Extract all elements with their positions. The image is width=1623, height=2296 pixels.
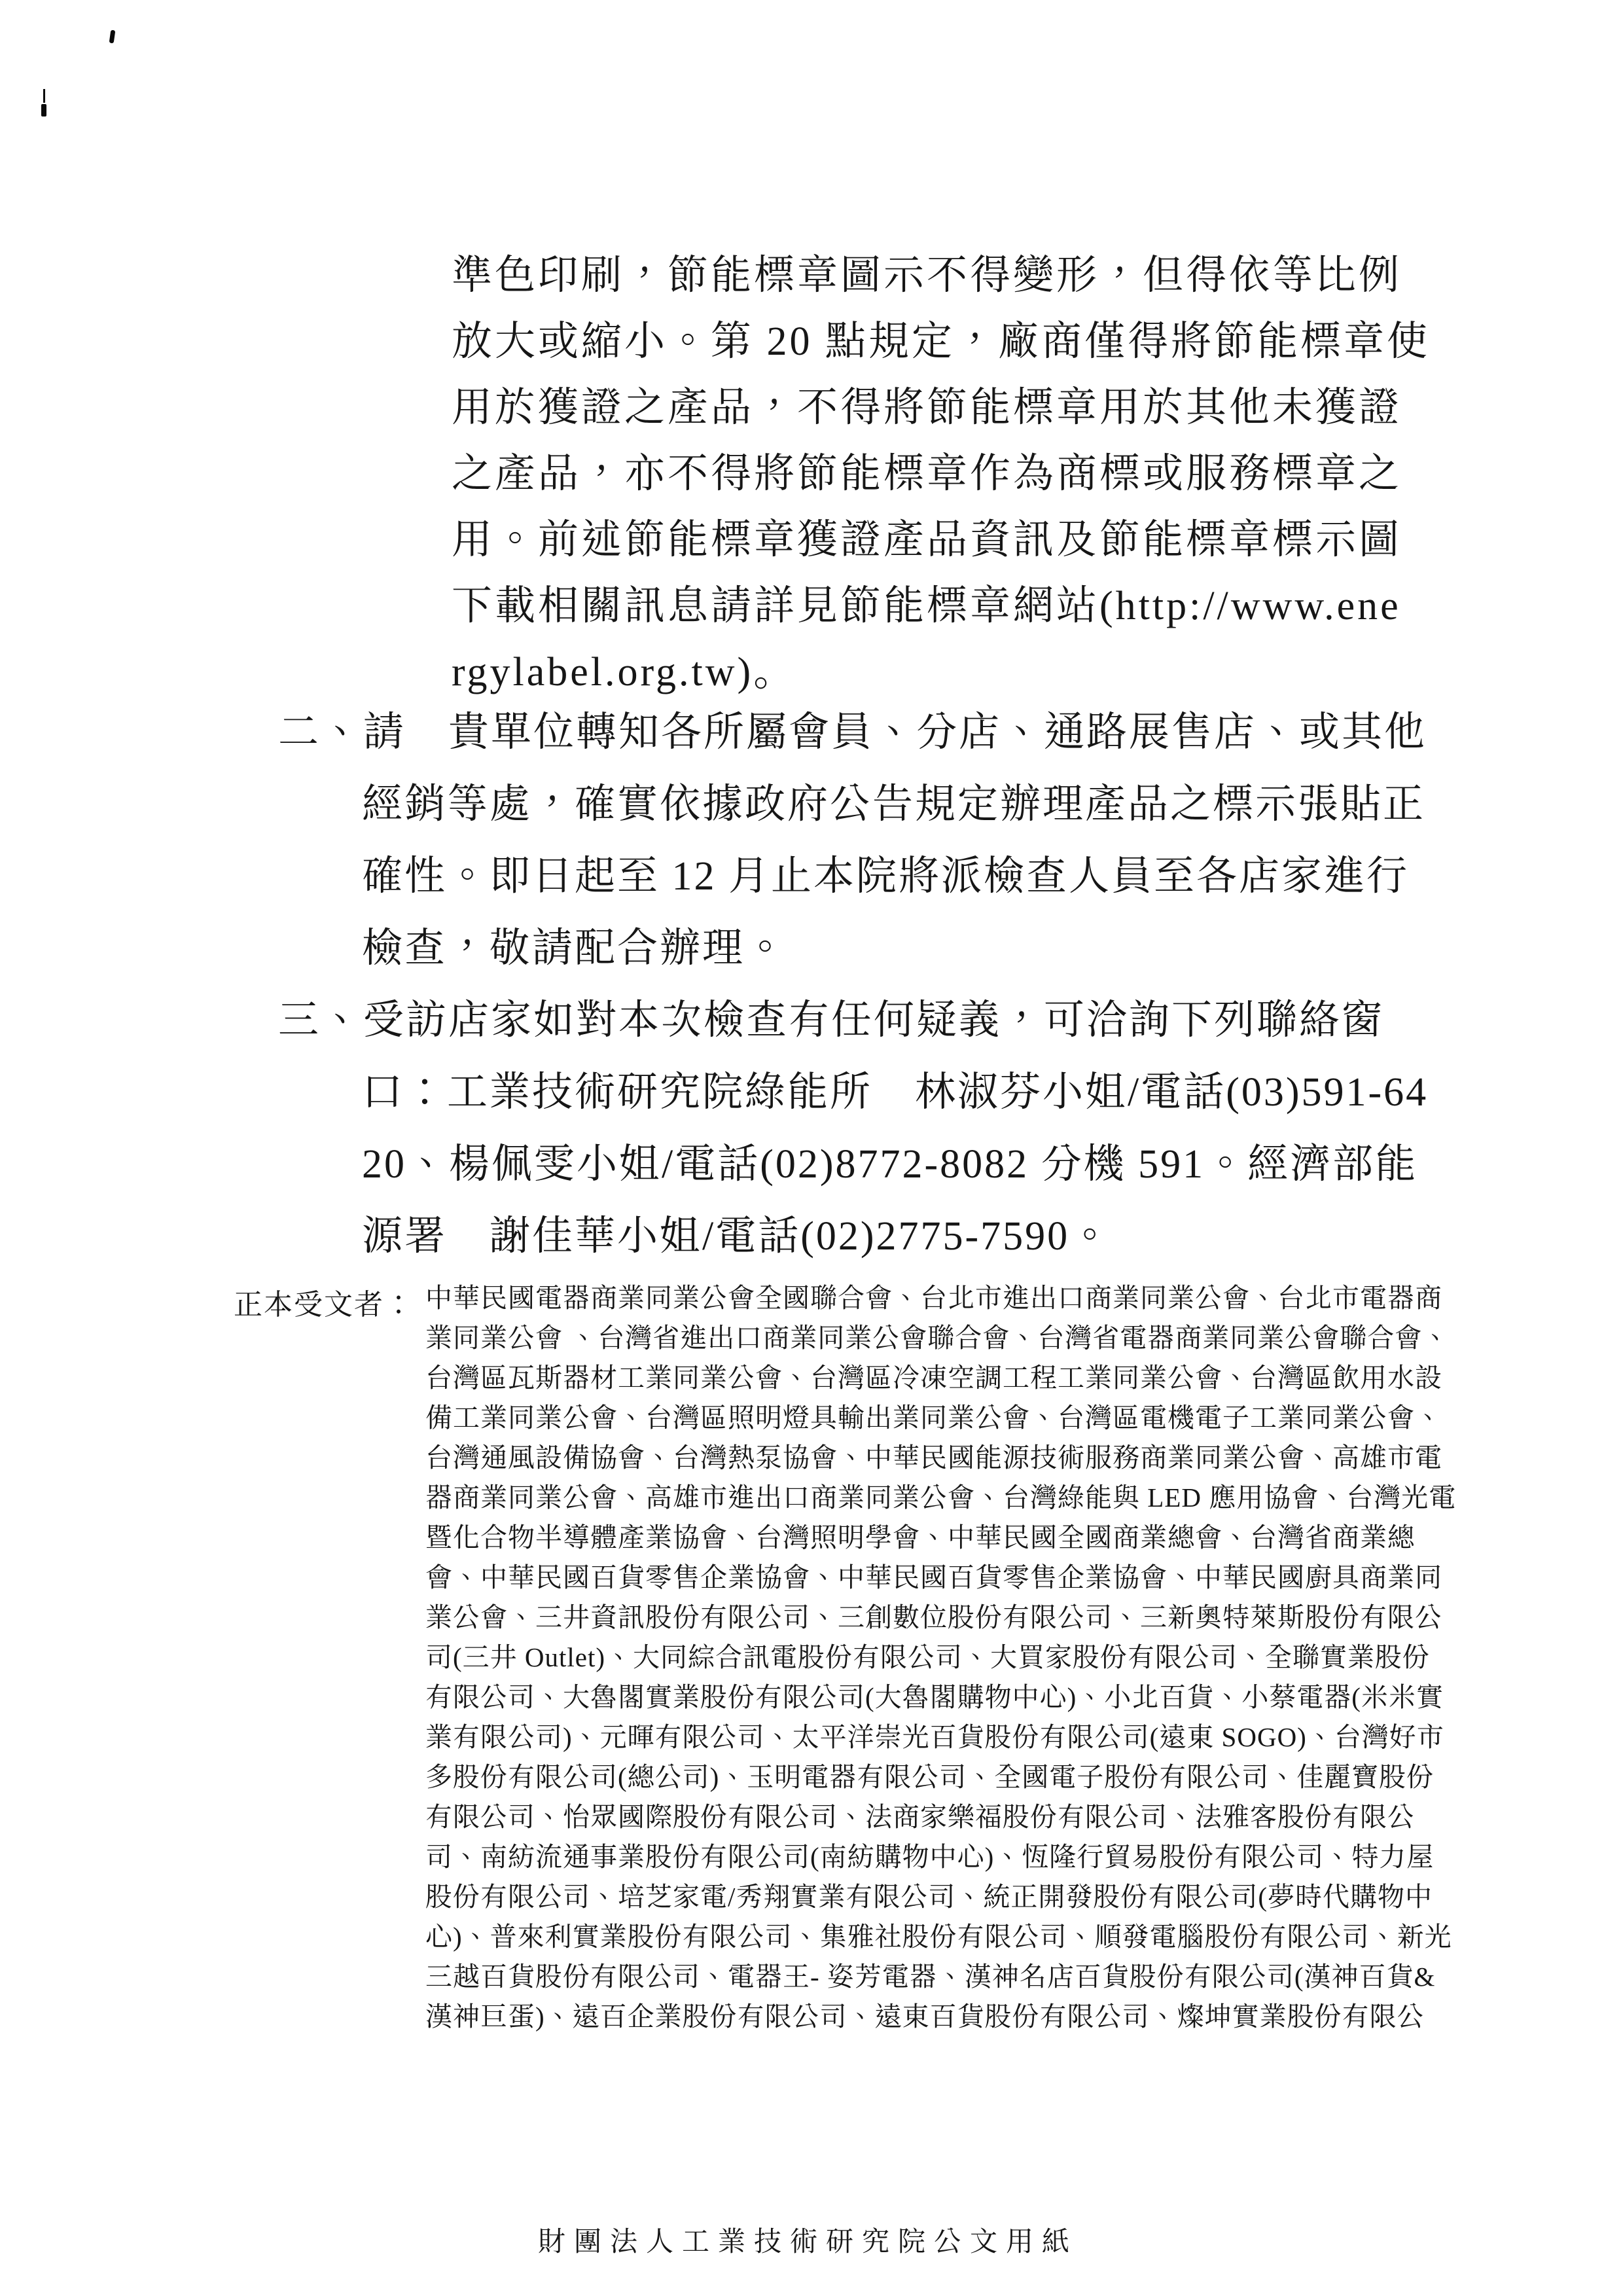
recipient-line: 心)、普來利實業股份有限公司、集雅社股份有限公司、順發電腦股份有限公司、新光 <box>425 1917 1456 1957</box>
recipient-line: 業同業公會 、台灣省進出口商業同業公會聯合會、台灣省電器商業同業公會聯合會、 <box>425 1318 1456 1358</box>
recipients-label: 正本受文者： <box>234 1281 414 1323</box>
scan-artifact-mark <box>41 104 46 117</box>
item3-line: 三、受訪店家如對本次檢查有任何疑義，可洽詢下列聯絡窗 <box>278 984 1428 1056</box>
scanned-official-letter-page: 準色印刷，節能標章圖示不得變形，但得依等比例 放大或縮小。第 20 點規定，廠商… <box>0 0 1623 2296</box>
item3-line: 源署 謝佳華小姐/電話(02)2775-7590。 <box>362 1200 1428 1272</box>
text-line: 放大或縮小。第 20 點規定，廠商僅得將節能標章使 <box>452 309 1430 375</box>
text-line: 用。前述節能標章獲證產品資訊及節能標章標示圖 <box>452 507 1430 573</box>
recipient-line: 司(三井 Outlet)、大同綜合訊電股份有限公司、大買家股份有限公司、全聯實業… <box>425 1638 1456 1677</box>
recipient-line: 多股份有限公司(總公司)、玉明電器有限公司、全國電子股份有限公司、佳麗寶股份 <box>425 1757 1456 1797</box>
recipient-line: 股份有限公司、培芝家電/秀翔實業有限公司、統正開發股份有限公司(夢時代購物中 <box>425 1877 1456 1917</box>
recipient-line: 業有限公司)、元暉有限公司、太平洋崇光百貨股份有限公司(遠東 SOGO)、台灣好… <box>425 1717 1456 1757</box>
recipients-list: 中華民國電器商業同業公會全國聯合會、台北市進出口商業同業公會、台北市電器商 業同… <box>425 1278 1456 2037</box>
text-line: 之產品，亦不得將節能標章作為商標或服務標章之 <box>452 441 1430 507</box>
recipient-line: 中華民國電器商業同業公會全國聯合會、台北市進出口商業同業公會、台北市電器商 <box>425 1278 1456 1318</box>
item3-line: 20、楊佩雯小姐/電話(02)8772-8082 分機 591。經濟部能 <box>362 1128 1428 1200</box>
recipient-line: 有限公司、怡眾國際股份有限公司、法商家樂福股份有限公司、法雅客股份有限公 <box>425 1797 1456 1837</box>
scan-artifact-mark <box>109 30 116 44</box>
recipient-line: 台灣區瓦斯器材工業同業公會、台灣區冷凍空調工程工業同業公會、台灣區飲用水設 <box>425 1358 1456 1398</box>
recipient-line: 台灣通風設備協會、台灣熱泵協會、中華民國能源技術服務商業同業公會、高雄市電 <box>425 1438 1456 1478</box>
numbered-items: 二、請 貴單位轉知各所屬會員、分店、通路展售店、或其他 經銷等處，確實依據政府公… <box>278 696 1428 1272</box>
recipient-line: 備工業同業公會、台灣區照明燈具輸出業同業公會、台灣區電機電子工業同業公會、 <box>425 1398 1456 1438</box>
item2-line: 二、請 貴單位轉知各所屬會員、分店、通路展售店、或其他 <box>278 696 1428 768</box>
recipient-line: 三越百貨股份有限公司、電器王- 姿芳電器、漢神名店百貨股份有限公司(漢神百貨& <box>425 1957 1456 1997</box>
item2-line: 檢查，敬請配合辦理。 <box>362 912 1428 984</box>
recipient-line: 司、南紡流通事業股份有限公司(南紡購物中心)、恆隆行貿易股份有限公司、特力屋 <box>425 1837 1456 1877</box>
recipient-line: 器商業同業公會、高雄市進出口商業同業公會、台灣綠能與 LED 應用協會、台灣光電 <box>425 1478 1456 1518</box>
item3-line: 口：工業技術研究院綠能所 林淑芬小姐/電話(03)591-64 <box>362 1056 1428 1128</box>
recipient-line: 暨化合物半導體產業協會、台灣照明學會、中華民國全國商業總會、台灣省商業總 <box>425 1518 1456 1558</box>
text-line: 用於獲證之產品，不得將節能標章用於其他未獲證 <box>452 375 1430 441</box>
recipient-line: 會、中華民國百貨零售企業協會、中華民國百貨零售企業協會、中華民國廚具商業同 <box>425 1558 1456 1598</box>
text-line-with-url: rgylabel.org.tw)。 <box>452 639 1430 706</box>
recipient-line: 業公會、三井資訊股份有限公司、三創數位股份有限公司、三新奧特萊斯股份有限公 <box>425 1598 1456 1638</box>
recipient-line: 漢神巨蛋)、遠百企業股份有限公司、遠東百貨股份有限公司、燦坤實業股份有限公 <box>425 1997 1456 2037</box>
item2-line: 經銷等處，確實依據政府公告規定辦理產品之標示張貼正 <box>362 768 1428 840</box>
letterhead-paper-caption: 財團法人工業技術研究院公文用紙 <box>538 2220 1078 2259</box>
item1-continuation-paragraph: 準色印刷，節能標章圖示不得變形，但得依等比例 放大或縮小。第 20 點規定，廠商… <box>452 243 1430 706</box>
text-line: 準色印刷，節能標章圖示不得變形，但得依等比例 <box>452 243 1430 309</box>
text-line-with-url: 下載相關訊息請詳見節能標章網站(http://www.ene <box>452 573 1430 639</box>
recipient-line: 有限公司、大魯閣實業股份有限公司(大魯閣購物中心)、小北百貨、小蔡電器(米米實 <box>425 1677 1456 1717</box>
scan-artifact-mark <box>43 89 45 103</box>
item2-line: 確性。即日起至 12 月止本院將派檢查人員至各店家進行 <box>362 840 1428 912</box>
